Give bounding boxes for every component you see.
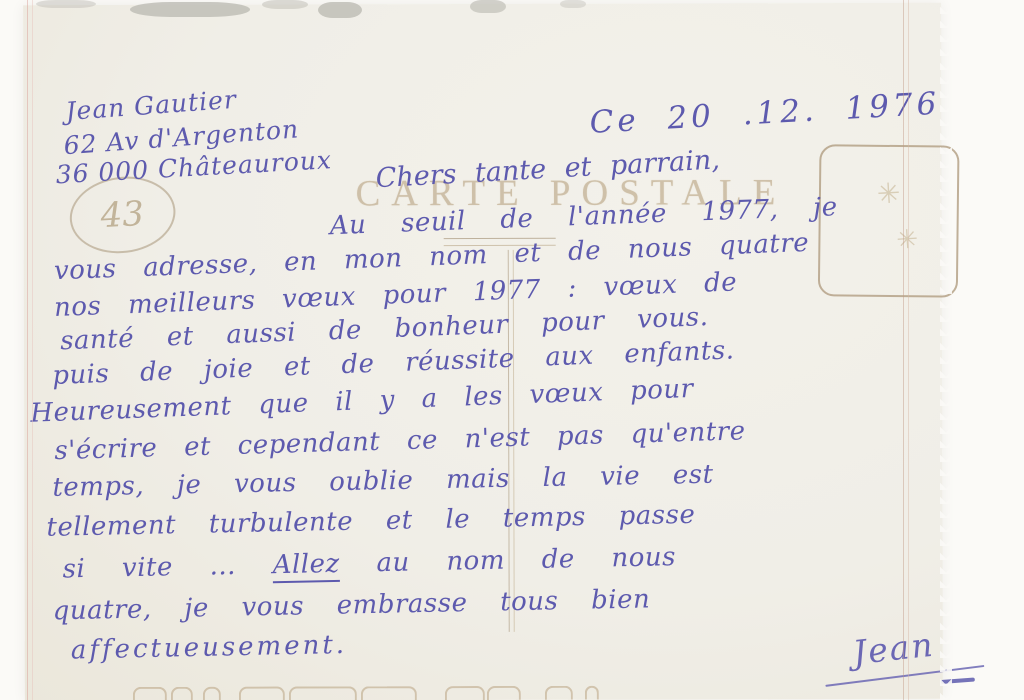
message-line-prefix: si vite ...	[62, 551, 236, 584]
torn-edge	[130, 2, 250, 17]
pencil-number: 43	[100, 194, 145, 236]
cut-off-caption	[203, 687, 221, 700]
cut-off-caption	[487, 686, 521, 700]
torn-edge	[560, 0, 586, 8]
cut-off-caption	[171, 687, 193, 700]
handwritten-date: Ce 20 .12. 1976	[589, 86, 942, 141]
cut-off-caption	[361, 686, 417, 700]
message-line: quatre, je vous embrasse tous bien	[52, 584, 650, 626]
cut-off-caption	[239, 687, 285, 700]
torn-edge	[36, 0, 96, 8]
cut-off-caption	[289, 686, 357, 700]
message-line: affectueusement.	[71, 630, 348, 666]
cut-off-caption	[133, 687, 167, 700]
postcard: CARTE POSTALE ✳ ✳ 43 Jean Gautier 62 Av …	[23, 3, 943, 700]
star-mark-icon: ✳	[876, 176, 901, 210]
scan-edge-line	[908, 0, 909, 700]
message-line: tellement turbulente et le temps passe	[46, 500, 695, 543]
message-line-suffix: au nom de nous	[376, 542, 676, 578]
underlined-word: Allez	[272, 549, 340, 583]
cut-off-caption	[585, 686, 599, 700]
scan-edge-line	[32, 0, 33, 700]
torn-edge	[318, 2, 362, 18]
message-line: temps, je vous oublie mais la vie est	[52, 460, 714, 503]
torn-edge	[470, 0, 506, 13]
signature: Jean	[851, 625, 936, 673]
scan-edge-line	[903, 0, 904, 700]
message-line: si vite ... Allez au nom de nous	[62, 542, 676, 584]
stamp-box: ✳ ✳	[818, 144, 960, 298]
torn-edge	[262, 0, 308, 9]
deckle-edge	[940, 0, 952, 700]
scan-edge-line	[27, 0, 28, 700]
scanned-postcard-scene: CARTE POSTALE ✳ ✳ 43 Jean Gautier 62 Av …	[0, 0, 1024, 700]
signature-flourish	[825, 665, 984, 687]
cut-off-caption	[445, 686, 485, 700]
cut-off-caption	[545, 686, 573, 700]
